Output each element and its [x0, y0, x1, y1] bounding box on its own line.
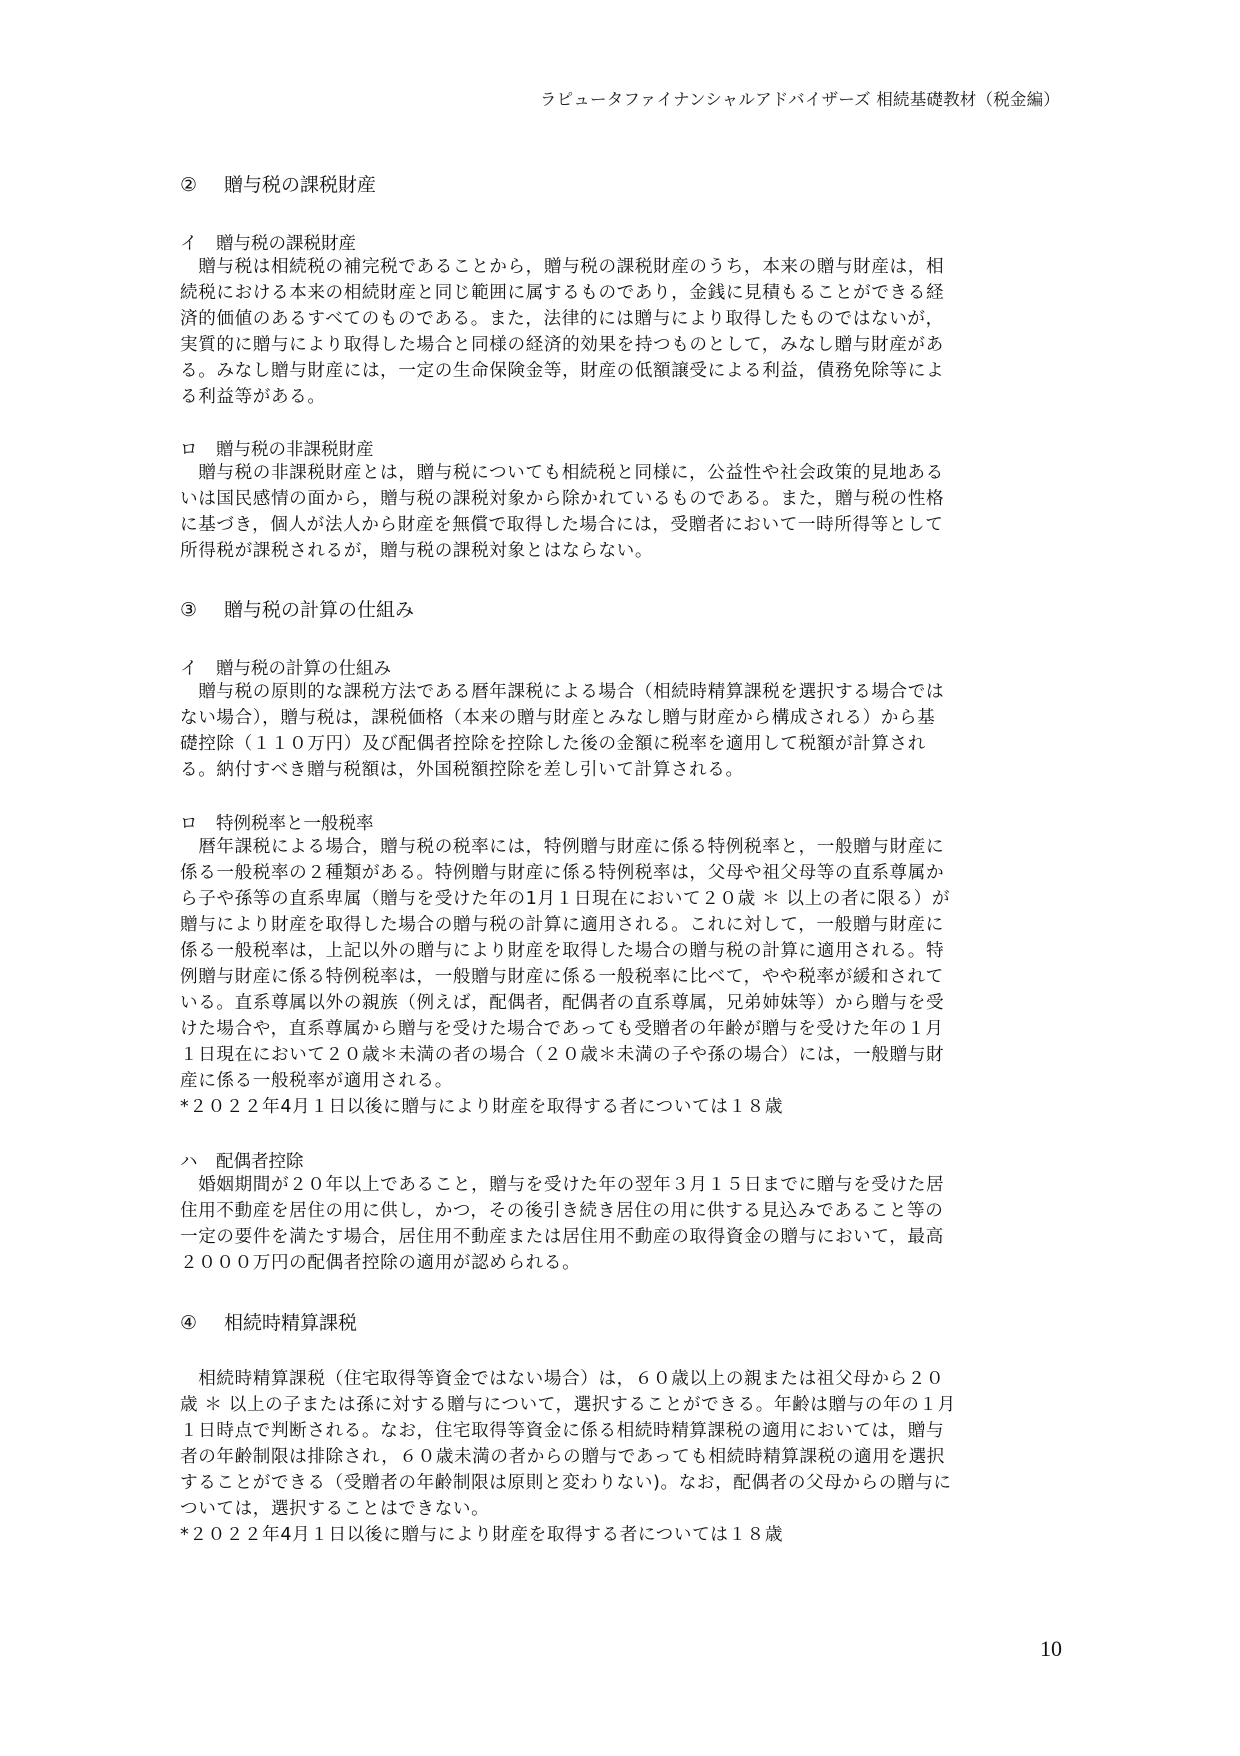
text-line: 係る一般税率は，上記以外の贈与により財産を取得した場合の贈与税の計算に適用される…: [180, 938, 1060, 964]
text-line: ない場合），贈与税は，課税価格（本来の贈与財産とみなし贈与財産から構成される）か…: [180, 705, 1060, 731]
text-line: 歳 ＊ 以上の子または孫に対する贈与について，選択することができる。年齢は贈与の…: [180, 1392, 1060, 1418]
section-heading-2: ②贈与税の課税財産: [180, 170, 376, 197]
subheading-title: 贈与税の課税財産: [216, 234, 356, 254]
text-line: 暦年課税による場合，贈与税の税率には，特例贈与財産に係る特例税率と，一般贈与財産…: [180, 834, 1060, 860]
text-line: ついては，選択することはできない。: [180, 1496, 1060, 1522]
page-number: 10: [1040, 1636, 1062, 1662]
text-line: る。納付すべき贈与税額は，外国税額控除を差し引いて計算される。: [180, 757, 1060, 783]
text-line: 婚姻期間が２０年以上であること，贈与を受けた年の翌年３月１５日までに贈与を受けた…: [180, 1172, 1060, 1198]
text-line: 係る一般税率の２種類がある。特例贈与財産に係る特例税率は，父母や祖父母等の直系尊…: [180, 860, 1060, 886]
footnote-age-change: *２０２２年4月１日以後に贈与により財産を取得する者については１８歳: [180, 1522, 783, 1548]
text-line: 一定の要件を満たす場合，居住用不動産または居住用不動産の取得資金の贈与において，…: [180, 1224, 1060, 1250]
text-line: 贈与税は相続税の補完税であることから，贈与税の課税財産のうち，本来の贈与財産は，…: [180, 254, 1060, 280]
text-line: 相続時精算課税（住宅取得等資金ではない場合）は，６０歳以上の親または祖父母から２…: [180, 1366, 1060, 1392]
text-line: することができる（受贈者の年齢制限は原則と変わりない)。なお，配偶者の父母からの…: [180, 1470, 1060, 1496]
text-line: 贈与により財産を取得した場合の贈与税の計算に適用される。これに対して，一般贈与財…: [180, 912, 1060, 938]
subheading-3-ro: ロ特例税率と一般税率: [180, 810, 374, 835]
text-line: る利益等がある。: [180, 384, 1060, 410]
subheading-mark: ロ: [180, 436, 216, 461]
subheading-3-ha: ハ配偶者控除: [180, 1148, 304, 1173]
subheading-mark: イ: [180, 230, 216, 255]
text-line: ２０００万円の配偶者控除の適用が認められる。: [180, 1250, 1060, 1276]
paragraph-settlement-at-inheritance: 相続時精算課税（住宅取得等資金ではない場合）は，６０歳以上の親または祖父母から２…: [180, 1366, 1060, 1522]
text-line: 者の年齢制限は排除され，６０歳未満の者からの贈与であっても相続時精算課税の適用を…: [180, 1444, 1060, 1470]
text-line: 済的価値のあるすべてのものである。また，法律的には贈与により取得したものではない…: [180, 306, 1060, 332]
section-heading-3: ③贈与税の計算の仕組み: [180, 595, 414, 622]
text-line: 産に係る一般税率が適用される。: [180, 1068, 1060, 1094]
section-title: 贈与税の課税財産: [224, 174, 376, 196]
section-number: ②: [180, 174, 224, 196]
text-line: けた場合や，直系尊属から贈与を受けた場合であっても受贈者の年齢が贈与を受けた年の…: [180, 1016, 1060, 1042]
subheading-2-ro: ロ贈与税の非課税財産: [180, 436, 374, 461]
paragraph-taxable-property: 贈与税は相続税の補完税であることから，贈与税の課税財産のうち，本来の贈与財産は，…: [180, 254, 1060, 410]
subheading-title: 配偶者控除: [216, 1152, 304, 1172]
text-line: 所得税が課税されるが，贈与税の課税対象とはならない。: [180, 538, 1060, 564]
footnote-age-change: *２０２２年4月１日以後に贈与により財産を取得する者については１８歳: [180, 1094, 783, 1120]
running-header: ラピュータファイナンシャルアドバイザーズ 相続基礎教材（税金編）: [540, 86, 1060, 110]
subheading-title: 特例税率と一般税率: [216, 814, 374, 834]
subheading-title: 贈与税の非課税財産: [216, 440, 374, 460]
section-title: 相続時精算課税: [224, 1312, 357, 1334]
paragraph-calculation-mechanism: 贈与税の原則的な課税方法である暦年課税による場合（相続時精算課税を選択する場合で…: [180, 679, 1060, 783]
section-heading-4: ④相続時精算課税: [180, 1308, 357, 1335]
text-line: いる。直系尊属以外の親族（例えば，配偶者，配偶者の直系尊属，兄弟姉妹等）から贈与…: [180, 990, 1060, 1016]
text-line: ら子や孫等の直系卑属（贈与を受けた年の1月１日現在において２０歳 ＊ 以上の者に…: [180, 886, 1060, 912]
subheading-mark: ロ: [180, 810, 216, 835]
paragraph-spousal-deduction: 婚姻期間が２０年以上であること，贈与を受けた年の翌年３月１５日までに贈与を受けた…: [180, 1172, 1060, 1276]
text-line: に基づき，個人が法人から財産を無償で取得した場合には，受贈者において一時所得等と…: [180, 512, 1060, 538]
section-number: ④: [180, 1312, 224, 1334]
section-title: 贈与税の計算の仕組み: [224, 599, 414, 621]
text-line: 贈与税の非課税財産とは，贈与税についても相続税と同様に，公益性や社会政策的見地あ…: [180, 460, 1060, 486]
text-line: いは国民感情の面から，贈与税の課税対象から除かれているものである。また，贈与税の…: [180, 486, 1060, 512]
text-line: １日現在において２０歳＊未満の者の場合（２０歳＊未満の子や孫の場合）には，一般贈…: [180, 1042, 1060, 1068]
text-line: 礎控除（１１０万円）及び配偶者控除を控除した後の金額に税率を適用して税額が計算さ…: [180, 731, 1060, 757]
paragraph-special-and-general-rates: 暦年課税による場合，贈与税の税率には，特例贈与財産に係る特例税率と，一般贈与財産…: [180, 834, 1060, 1094]
subheading-mark: ハ: [180, 1148, 216, 1173]
text-line: 実質的に贈与により取得した場合と同様の経済的効果を持つものとして，みなし贈与財産…: [180, 332, 1060, 358]
text-line: る。みなし贈与財産には，一定の生命保険金等，財産の低額譲受による利益，債務免除等…: [180, 358, 1060, 384]
section-number: ③: [180, 599, 224, 621]
text-line: 続税における本来の相続財産と同じ範囲に属するものであり，金銭に見積もることができ…: [180, 280, 1060, 306]
text-line: 例贈与財産に係る特例税率は，一般贈与財産に係る一般税率に比べて，やや税率が緩和さ…: [180, 964, 1060, 990]
subheading-mark: イ: [180, 655, 216, 680]
text-line: １日時点で判断される。なお，住宅取得等資金に係る相続時精算課税の適用においては，…: [180, 1418, 1060, 1444]
document-page: ラピュータファイナンシャルアドバイザーズ 相続基礎教材（税金編） ②贈与税の課税…: [0, 0, 1240, 1756]
subheading-2-i: イ贈与税の課税財産: [180, 230, 356, 255]
text-line: 住用不動産を居住の用に供し，かつ，その後引き続き居住の用に供する見込みであること…: [180, 1198, 1060, 1224]
text-line: 贈与税の原則的な課税方法である暦年課税による場合（相続時精算課税を選択する場合で…: [180, 679, 1060, 705]
subheading-title: 贈与税の計算の仕組み: [216, 659, 391, 679]
subheading-3-i: イ贈与税の計算の仕組み: [180, 655, 391, 680]
paragraph-non-taxable-property: 贈与税の非課税財産とは，贈与税についても相続税と同様に，公益性や社会政策的見地あ…: [180, 460, 1060, 564]
